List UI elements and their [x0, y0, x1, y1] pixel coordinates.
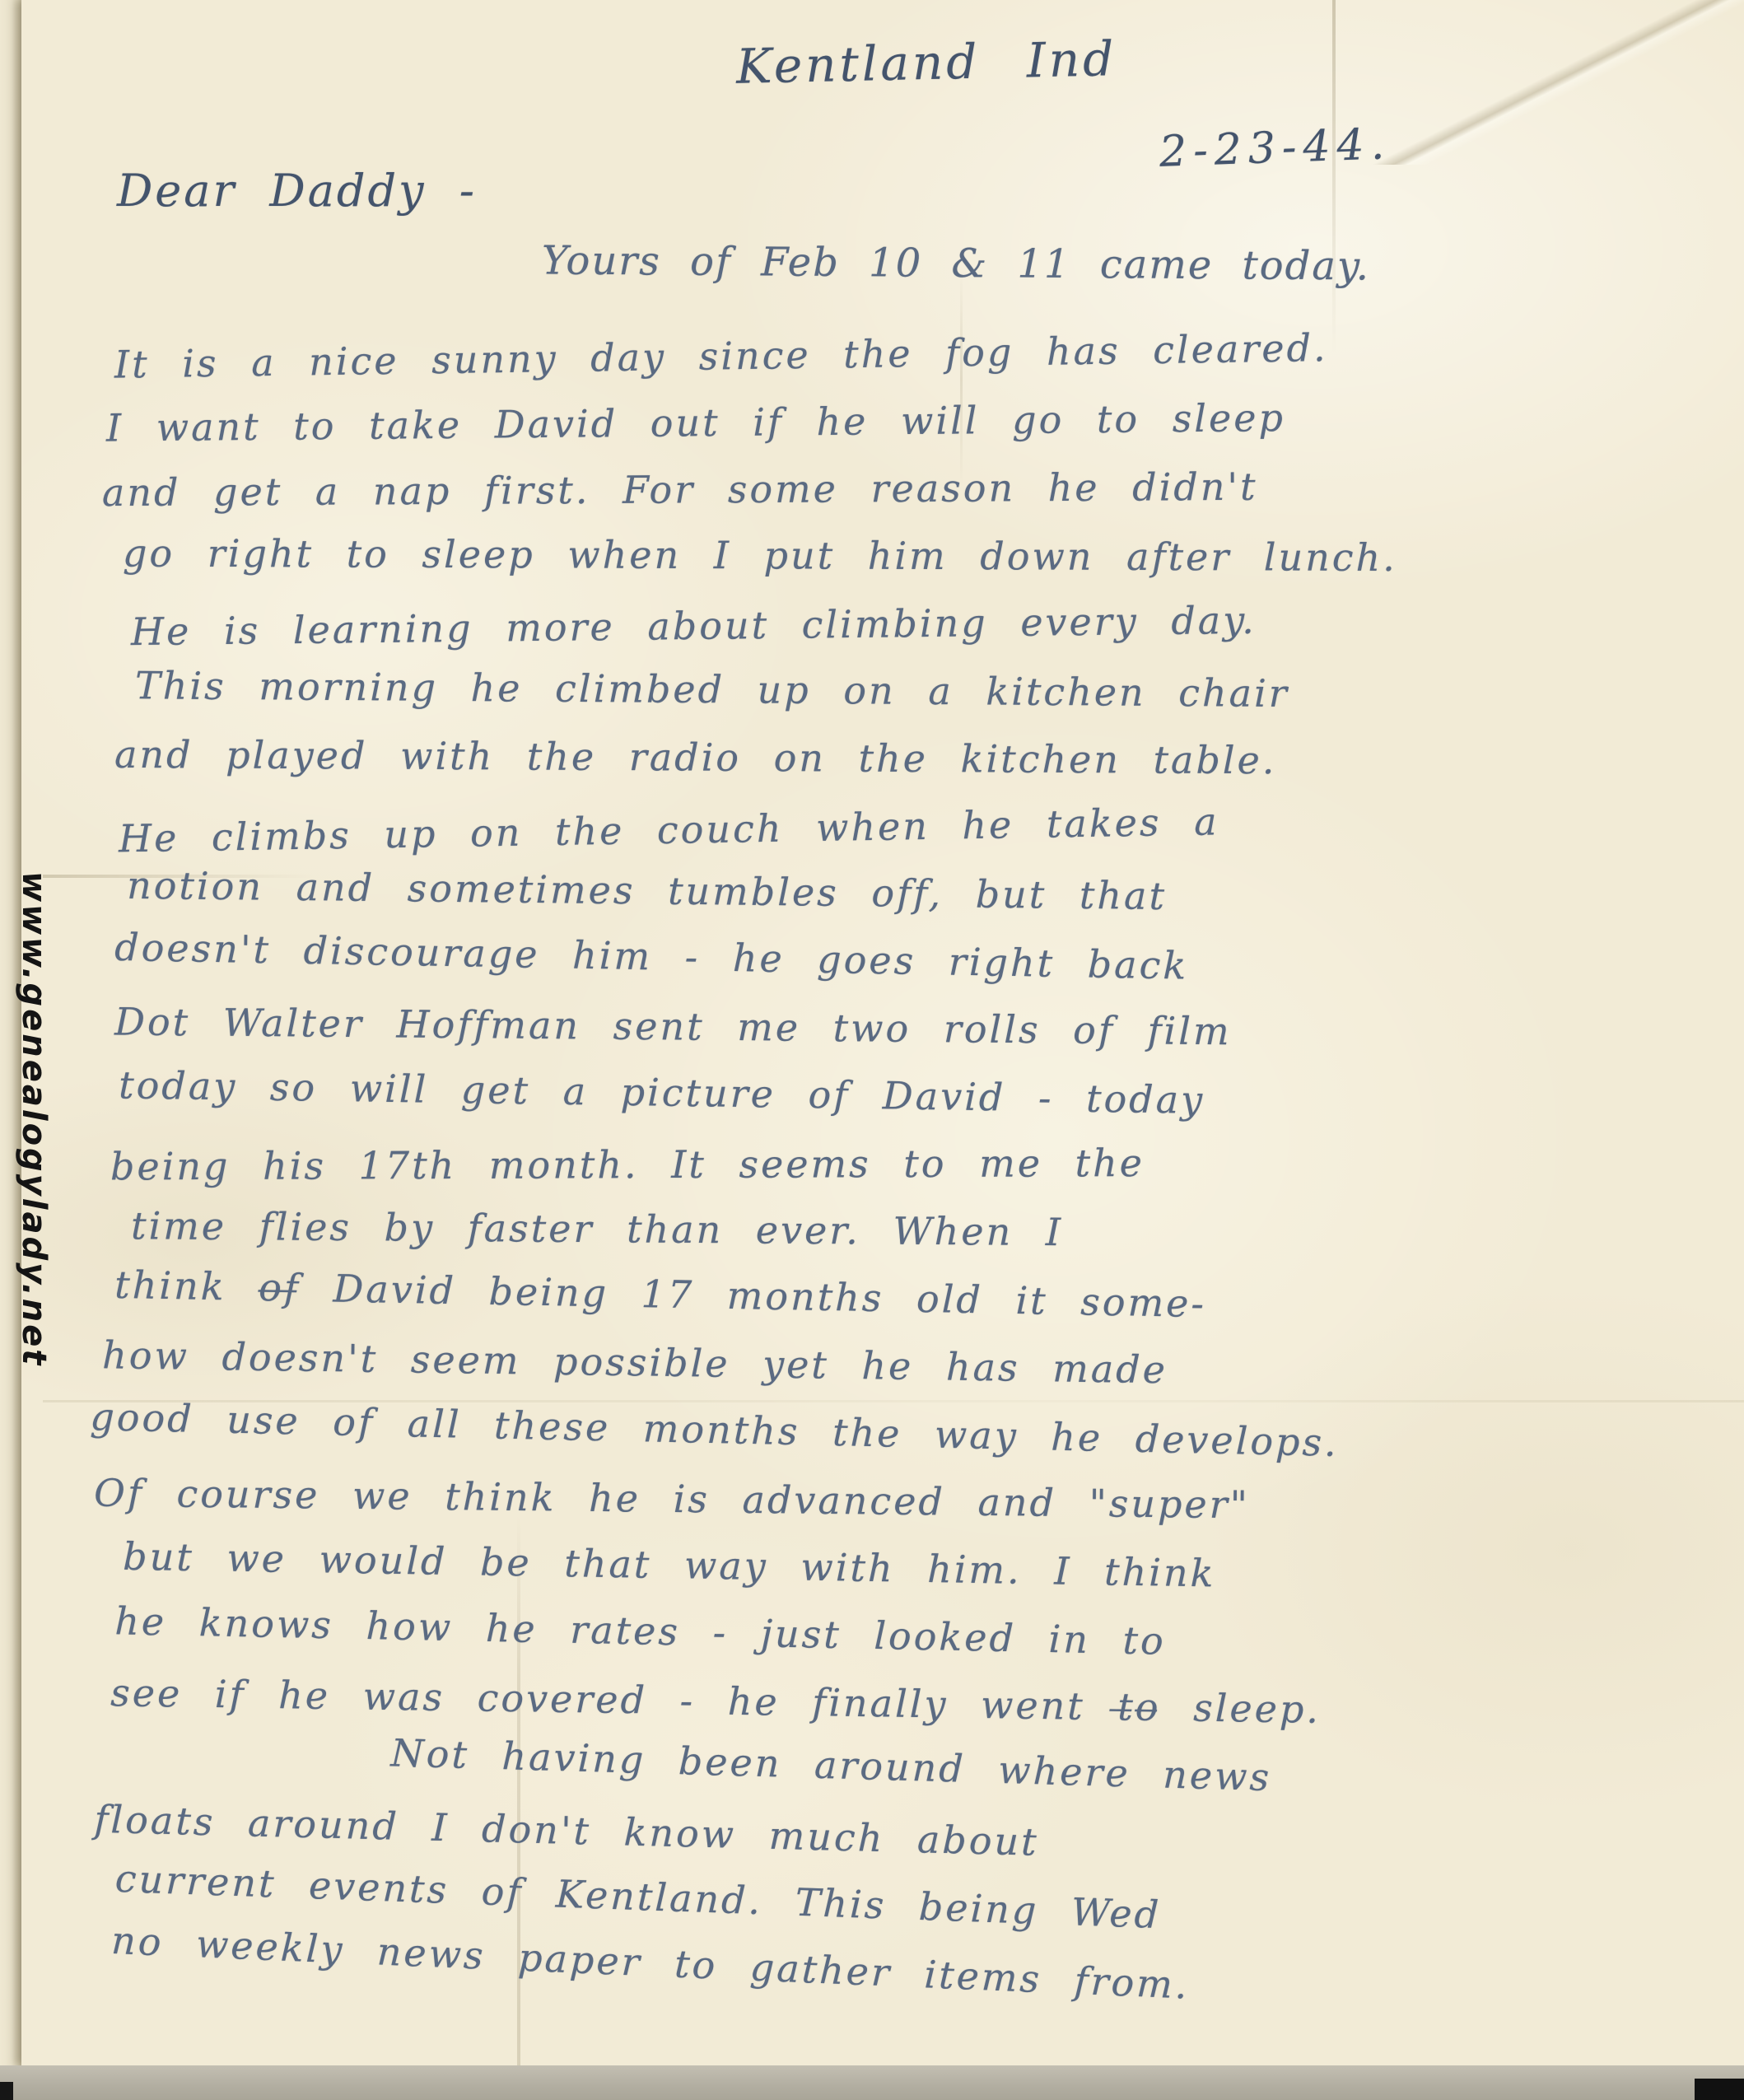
letter-salutation: Dear Daddy -	[117, 165, 477, 217]
letter-paper: Kentland Ind 2-23-44. Dear Daddy - Yours…	[21, 0, 1744, 2065]
letter-line: I want to take David out if he will go t…	[106, 388, 1728, 469]
letter-scan: Kentland Ind 2-23-44. Dear Daddy - Yours…	[0, 0, 1744, 2100]
fold-crease	[1332, 0, 1336, 354]
letter-line: and get a nap first. For some reason he …	[102, 459, 1728, 534]
letter-line: go right to sleep when I put him down af…	[123, 528, 1728, 601]
scan-corner-artifact	[0, 2082, 13, 2100]
fold-crease	[1365, 0, 1744, 165]
letter-body: It is a nice sunny day since the fog has…	[69, 328, 1728, 2016]
scan-corner-artifact	[1695, 2079, 1744, 2100]
letter-line: being his 17th month. It seems to me the	[110, 1136, 1728, 1209]
letter-location: Kentland Ind	[735, 30, 1117, 95]
scanner-bed-strip	[0, 2065, 1744, 2100]
letter-line: This morning he climbed up on a kitchen …	[135, 660, 1728, 738]
letter-opening-line: Yours of Feb 10 & 11 came today.	[542, 237, 1370, 289]
genealogylady-watermark: www.genealogylady.net	[15, 871, 53, 1415]
letter-date: 2-23-44.	[1159, 119, 1392, 177]
